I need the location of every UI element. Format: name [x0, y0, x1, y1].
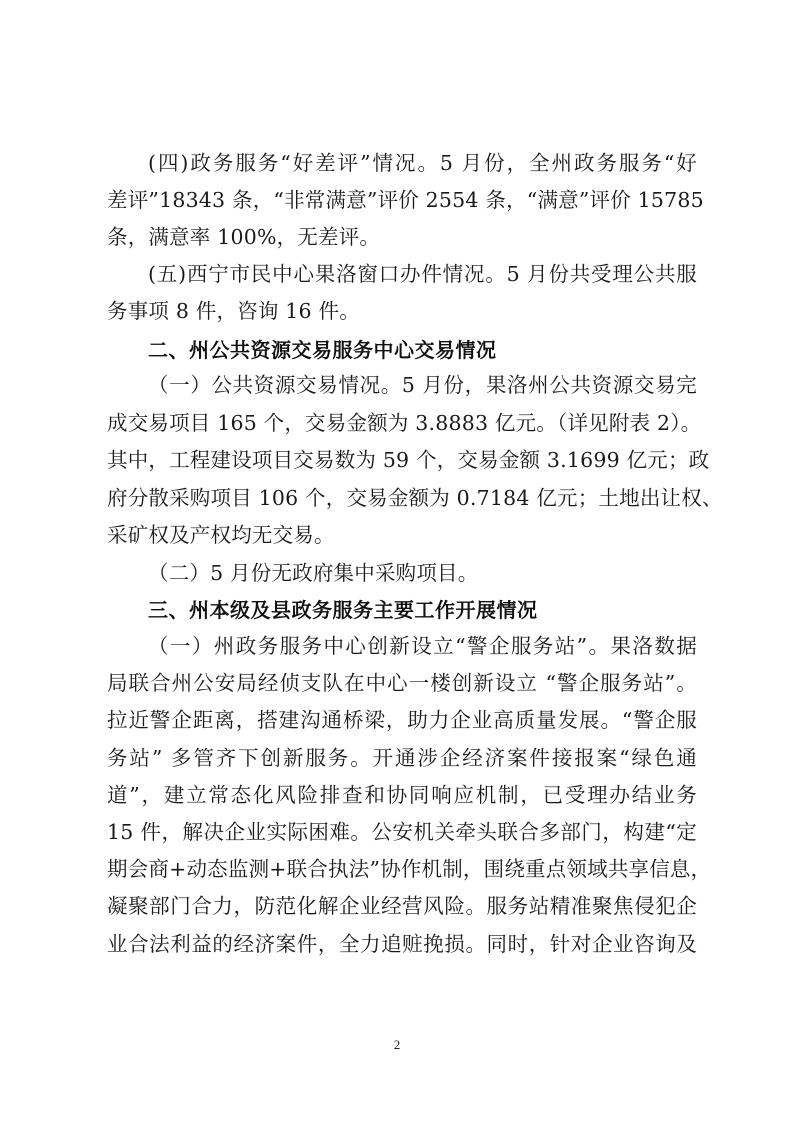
section-heading: 二、州公共资源交易服务中心交易情况	[148, 335, 497, 365]
paragraph-line: 其中，工程建设项目交易数为 59 个，交易金额 3.1699 亿元；政	[107, 445, 697, 475]
page-number: 2	[390, 1037, 404, 1053]
paragraph-line: (五)西宁市民中心果洛窗口办件情况。5 月份共受理公共服	[148, 259, 697, 289]
paragraph-line: 期会商+动态监测+联合执法”协作机制，围绕重点领域共享信息，	[107, 854, 697, 884]
paragraph-line: (四)政务服务“好差评”情况。5 月份，全州政务服务“好	[148, 148, 697, 178]
paragraph-line: 差评”18343 条，“非常满意”评价 2554 条，“满意”评价 15785	[107, 185, 697, 215]
paragraph-line: 务事项 8 件，咨询 16 件。	[107, 296, 697, 326]
paragraph-line: 拉近警企距离，搭建沟通桥梁，助力企业高质量发展。“警企服	[107, 705, 697, 735]
paragraph-line: 道”，建立常态化风险排查和协同响应机制，已受理办结业务	[107, 780, 697, 810]
paragraph-line: 务站” 多管齐下创新服务。开通涉企经济案件接报案“绿色通	[107, 743, 697, 773]
paragraph-line: 15 件，解决企业实际困难。公安机关牵头联合多部门，构建“定	[107, 817, 697, 847]
paragraph-line: 业合法利益的经济案件，全力追赃挽损。同时，针对企业咨询及	[107, 929, 697, 959]
section-heading: 三、州本级及县政务服务主要工作开展情况	[148, 595, 538, 625]
paragraph-line: （一）公共资源交易情况。5 月份，果洛州公共资源交易完	[148, 370, 697, 400]
paragraph-line: 局联合州公安局经侦支队在中心一楼创新设立 “警企服务站”。	[107, 668, 697, 698]
paragraph-line: 府分散采购项目 106 个，交易金额为 0.7184 亿元；土地出让权、	[107, 483, 697, 513]
paragraph-line: 采矿权及产权均无交易。	[107, 520, 697, 550]
paragraph-line: 凝聚部门合力，防范化解企业经营风险。服务站精准聚焦侵犯企	[107, 891, 697, 921]
paragraph-line: （二）5 月份无政府集中采购项目。	[148, 558, 697, 588]
paragraph-line: 条，满意率 100%，无差评。	[107, 222, 697, 252]
paragraph-line: 成交易项目 165 个，交易金额为 3.8883 亿元。（详见附表 2）。	[107, 408, 697, 438]
document-page: (四)政务服务“好差评”情况。5 月份，全州政务服务“好 差评”18343 条，…	[0, 0, 793, 1122]
paragraph-line: （一）州政务服务中心创新设立“警企服务站”。果洛数据	[148, 631, 697, 661]
